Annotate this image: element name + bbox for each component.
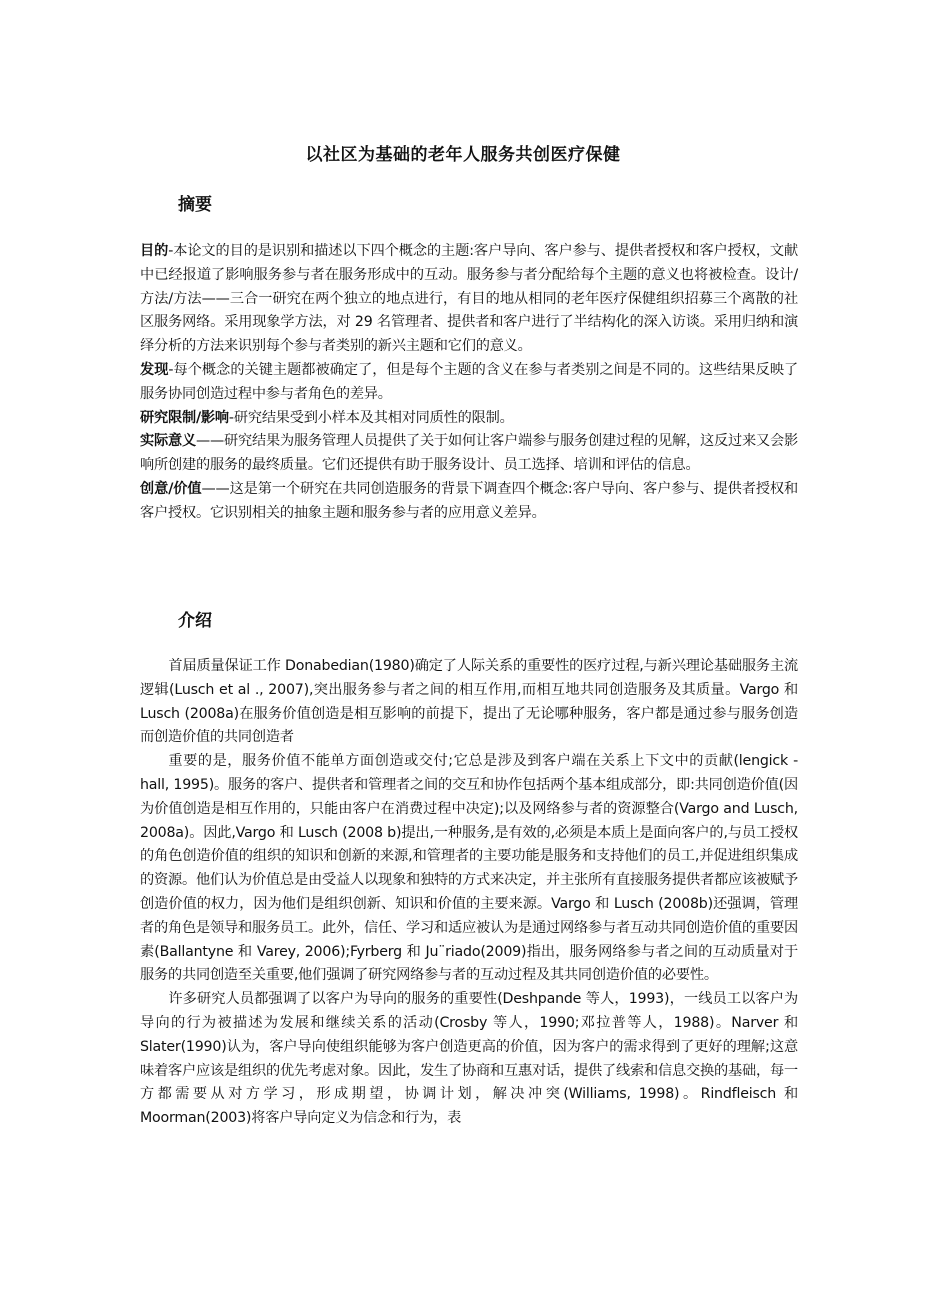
- abstract-implications: 实际意义——研究结果为服务管理人员提供了关于如何让客户端参与服务创建过程的见解，…: [140, 430, 798, 478]
- abstract-purpose: 目的-本论文的目的是识别和描述以下四个概念的主题:客户导向、客户参与、提供者授权…: [140, 240, 798, 359]
- introduction-body: 首届质量保证工作 Donabedian(1980)确定了人际关系的重要性的医疗过…: [140, 655, 798, 1131]
- document-title: 以社区为基础的老年人服务共创医疗保健: [0, 140, 926, 165]
- abstract-body: 目的-本论文的目的是识别和描述以下四个概念的主题:客户导向、客户参与、提供者授权…: [140, 240, 798, 526]
- document-page: 以社区为基础的老年人服务共创医疗保健 摘要 目的-本论文的目的是识别和描述以下四…: [0, 0, 926, 1309]
- intro-paragraph: 重要的是，服务价值不能单方面创造或交付;它总是涉及到客户端在关系上下文中的贡献(…: [140, 750, 798, 988]
- intro-paragraph: 许多研究人员都强调了以客户为导向的服务的重要性(Deshpande 等人，199…: [140, 988, 798, 1131]
- abstract-limitations: 研究限制/影响-研究结果受到小样本及其相对同质性的限制。: [140, 407, 798, 431]
- abstract-findings: 发现-每个概念的关键主题都被确定了，但是每个主题的含义在参与者类别之间是不同的。…: [140, 359, 798, 407]
- introduction-heading: 介绍: [178, 606, 212, 631]
- abstract-originality: 创意/价值——这是第一个研究在共同创造服务的背景下调查四个概念:客户导向、客户参…: [140, 478, 798, 526]
- intro-paragraph: 首届质量保证工作 Donabedian(1980)确定了人际关系的重要性的医疗过…: [140, 655, 798, 750]
- abstract-heading: 摘要: [178, 190, 212, 215]
